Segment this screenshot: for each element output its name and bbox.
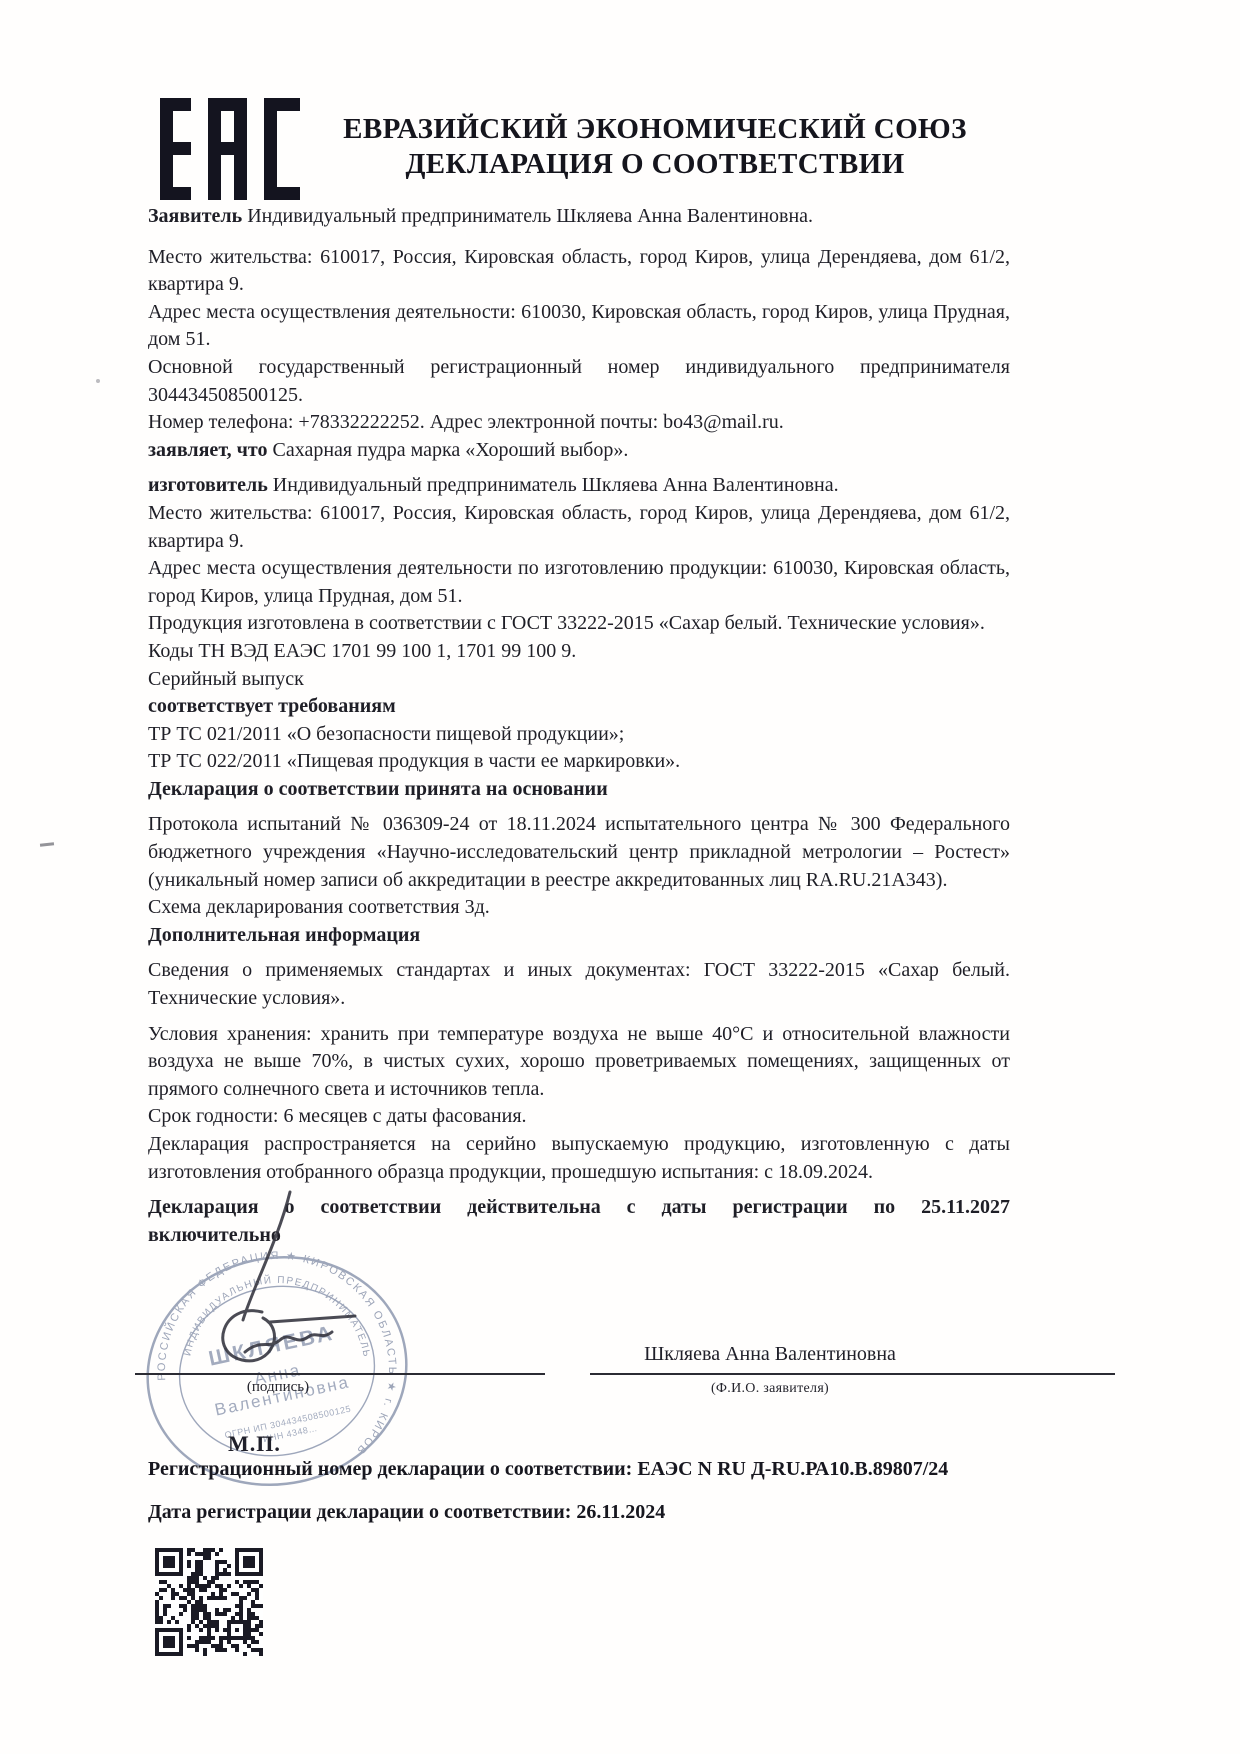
paragraph: Место жительства: 610017, Россия, Кировс…: [148, 500, 1010, 555]
registration-date-line: Дата регистрации декларации о соответств…: [148, 1501, 1098, 1524]
eac-logo: [152, 98, 302, 200]
paragraph: Основной государственный регистрационный…: [148, 354, 1010, 409]
paragraph: соответствует требованиям: [148, 693, 1010, 721]
paragraph: Продукция изготовлена в соответствии с Г…: [148, 610, 1010, 638]
applicant-name: Шкляева Анна Валентиновна: [590, 1343, 950, 1366]
qr-code: [155, 1548, 263, 1656]
paragraph: Условия хранения: хранить при температур…: [148, 1021, 1010, 1104]
handwritten-signature: [150, 1180, 450, 1410]
fio-caption: (Ф.И.О. заявителя): [590, 1381, 950, 1397]
paragraph: изготовитель Индивидуальный предпринимат…: [148, 472, 1010, 500]
paragraph: Декларация о соответствии принята на осн…: [148, 776, 1010, 804]
paragraph-text: Индивидуальный предприниматель Шкляева А…: [247, 205, 813, 227]
paragraph: Дополнительная информация: [148, 922, 1010, 950]
paragraph: Протокола испытаний № 036309-24 от 18.11…: [148, 811, 1010, 894]
fio-line: [590, 1373, 1115, 1375]
document-body: Заявитель Индивидуальный предприниматель…: [148, 203, 1010, 1249]
paragraph: Место жительства: 610017, Россия, Кировс…: [148, 244, 1010, 299]
registration-number-line: Регистрационный номер декларации о соотв…: [148, 1458, 1098, 1481]
document-title: ЕВРАЗИЙСКИЙ ЭКОНОМИЧЕСКИЙ СОЮЗ ДЕКЛАРАЦИ…: [300, 112, 1010, 182]
paragraph: заявляет, что Сахарная пудра марка «Хоро…: [148, 437, 1010, 465]
title-line2: ДЕКЛАРАЦИЯ О СООТВЕТСТВИИ: [300, 147, 1010, 182]
signature-caption: (подпись): [203, 1379, 353, 1396]
paragraph: Декларация распространяется на серийно в…: [148, 1131, 1010, 1186]
stamp-place-mark: М.П.: [228, 1431, 281, 1457]
paragraph: Серийный выпуск: [148, 666, 1010, 694]
paragraph: Адрес места осуществления деятельности п…: [148, 555, 1010, 610]
paragraph: Заявитель Индивидуальный предприниматель…: [148, 203, 1010, 231]
paragraph: Схема декларирования соответствия 3д.: [148, 894, 1010, 922]
paragraph: Срок годности: 6 месяцев с даты фасовани…: [148, 1103, 1010, 1131]
scan-artifact-dot: [96, 379, 100, 383]
paragraph: Сведения о применяемых стандартах и иных…: [148, 957, 1010, 1012]
paragraph: ТР ТС 022/2011 «Пищевая продукция в част…: [148, 748, 1010, 776]
paragraph: Номер телефона: +78332222252. Адрес элек…: [148, 409, 1010, 437]
signature-line: [135, 1373, 545, 1375]
paragraph: Адрес места осуществления деятельности: …: [148, 299, 1010, 354]
declaration-document: ЕВРАЗИЙСКИЙ ЭКОНОМИЧЕСКИЙ СОЮЗ ДЕКЛАРАЦИ…: [0, 0, 1240, 1754]
paragraph: ТР ТС 021/2011 «О безопасности пищевой п…: [148, 721, 1010, 749]
paragraph: Коды ТН ВЭД ЕАЭС 1701 99 100 1, 1701 99 …: [148, 638, 1010, 666]
scan-artifact-dash: [40, 842, 54, 846]
title-line1: ЕВРАЗИЙСКИЙ ЭКОНОМИЧЕСКИЙ СОЮЗ: [300, 112, 1010, 147]
paragraph-lead: Заявитель: [148, 205, 247, 227]
